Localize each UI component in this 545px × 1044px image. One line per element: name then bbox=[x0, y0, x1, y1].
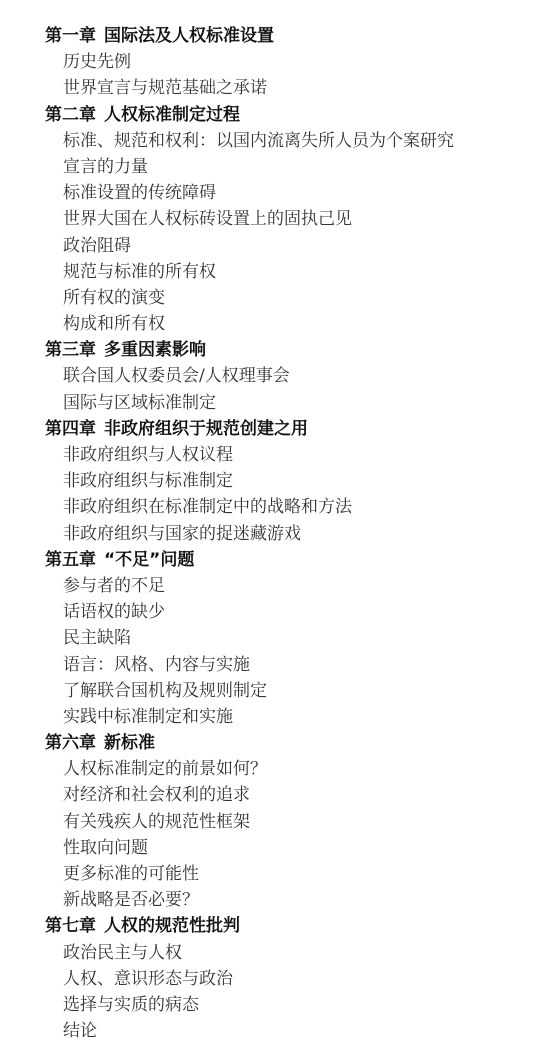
chapter-7: 第七章人权的规范性批判 政治民主与人权 人权、意识形态与政治 选择与实质的病态 … bbox=[45, 913, 535, 1044]
chapter-number: 第三章 bbox=[45, 340, 96, 360]
chapter-5: 第五章“不足”问题 参与者的不足 话语权的缺少 民主缺陷 语言：风格、内容与实施… bbox=[45, 547, 535, 730]
table-of-contents: 第一章国际法及人权标准设置 历史先例 世界宣言与规范基础之承诺 第二章人权标准制… bbox=[45, 23, 535, 1044]
section-item: 宣言的力量 bbox=[45, 154, 535, 180]
section-item: 对经济和社会权利的追求 bbox=[45, 782, 535, 808]
section-item: 人权标准制定的前景如何？ bbox=[45, 756, 535, 782]
section-item: 规范与标准的所有权 bbox=[45, 259, 535, 285]
chapter-6: 第六章新标准 人权标准制定的前景如何？ 对经济和社会权利的追求 有关残疾人的规范… bbox=[45, 730, 535, 913]
section-item: 实践中标准制定和实施 bbox=[45, 704, 535, 730]
chapter-title: 非政府组织于规范创建之用 bbox=[104, 419, 308, 439]
section-item: 标准、规范和权利：以国内流离失所人员为个案研究 bbox=[45, 128, 535, 154]
section-item: 民主缺陷 bbox=[45, 625, 535, 651]
section-item: 政治民主与人权 bbox=[45, 940, 535, 966]
chapter-2: 第二章人权标准制定过程 标准、规范和权利：以国内流离失所人员为个案研究 宣言的力… bbox=[45, 102, 535, 338]
section-item: 世界宣言与规范基础之承诺 bbox=[45, 75, 535, 101]
section-item: 所有权的演变 bbox=[45, 285, 535, 311]
chapter-1: 第一章国际法及人权标准设置 历史先例 世界宣言与规范基础之承诺 bbox=[45, 23, 535, 102]
section-item: 了解联合国机构及规则制定 bbox=[45, 678, 535, 704]
chapter-heading: 第五章“不足”问题 bbox=[45, 547, 535, 573]
section-item: 选择与实质的病态 bbox=[45, 992, 535, 1018]
section-item: 语言：风格、内容与实施 bbox=[45, 652, 535, 678]
section-item: 标准设置的传统障碍 bbox=[45, 180, 535, 206]
section-item: 人权、意识形态与政治 bbox=[45, 966, 535, 992]
chapter-heading: 第三章多重因素影响 bbox=[45, 337, 535, 363]
chapter-number: 第二章 bbox=[45, 105, 96, 125]
chapter-title: 人权的规范性批判 bbox=[104, 916, 240, 936]
section-item: 政治阻碍 bbox=[45, 233, 535, 259]
section-item: 非政府组织与国家的捉迷藏游戏 bbox=[45, 521, 535, 547]
section-item: 有关残疾人的规范性框架 bbox=[45, 809, 535, 835]
chapter-3: 第三章多重因素影响 联合国人权委员会/人权理事会 国际与区域标准制定 bbox=[45, 337, 535, 416]
chapter-title: 多重因素影响 bbox=[104, 340, 206, 360]
chapter-number: 第五章 bbox=[45, 550, 96, 570]
chapter-number: 第一章 bbox=[45, 26, 96, 46]
chapter-title: 国际法及人权标准设置 bbox=[104, 26, 274, 46]
section-item: 更多标准的可能性 bbox=[45, 861, 535, 887]
chapter-heading: 第七章人权的规范性批判 bbox=[45, 913, 535, 939]
section-item: 联合国人权委员会/人权理事会 bbox=[45, 363, 535, 389]
chapter-heading: 第二章人权标准制定过程 bbox=[45, 102, 535, 128]
chapter-number: 第四章 bbox=[45, 419, 96, 439]
chapter-heading: 第一章国际法及人权标准设置 bbox=[45, 23, 535, 49]
chapter-number: 第七章 bbox=[45, 916, 96, 936]
chapter-title: 人权标准制定过程 bbox=[104, 105, 240, 125]
section-item: 世界大国在人权标砖设置上的固执己见 bbox=[45, 206, 535, 232]
chapter-4: 第四章非政府组织于规范创建之用 非政府组织与人权议程 非政府组织与标准制定 非政… bbox=[45, 416, 535, 547]
chapter-heading: 第四章非政府组织于规范创建之用 bbox=[45, 416, 535, 442]
chapter-title: 新标准 bbox=[104, 733, 155, 753]
section-item: 非政府组织与人权议程 bbox=[45, 442, 535, 468]
section-item: 历史先例 bbox=[45, 49, 535, 75]
section-item: 性取向问题 bbox=[45, 835, 535, 861]
section-item: 非政府组织在标准制定中的战略和方法 bbox=[45, 494, 535, 520]
section-item: 参与者的不足 bbox=[45, 573, 535, 599]
chapter-number: 第六章 bbox=[45, 733, 96, 753]
section-item: 结论 bbox=[45, 1018, 535, 1044]
section-item: 构成和所有权 bbox=[45, 311, 535, 337]
section-item: 国际与区域标准制定 bbox=[45, 390, 535, 416]
section-item: 新战略是否必要？ bbox=[45, 887, 535, 913]
section-item: 非政府组织与标准制定 bbox=[45, 468, 535, 494]
section-item: 话语权的缺少 bbox=[45, 599, 535, 625]
chapter-title: “不足”问题 bbox=[104, 550, 194, 570]
chapter-heading: 第六章新标准 bbox=[45, 730, 535, 756]
